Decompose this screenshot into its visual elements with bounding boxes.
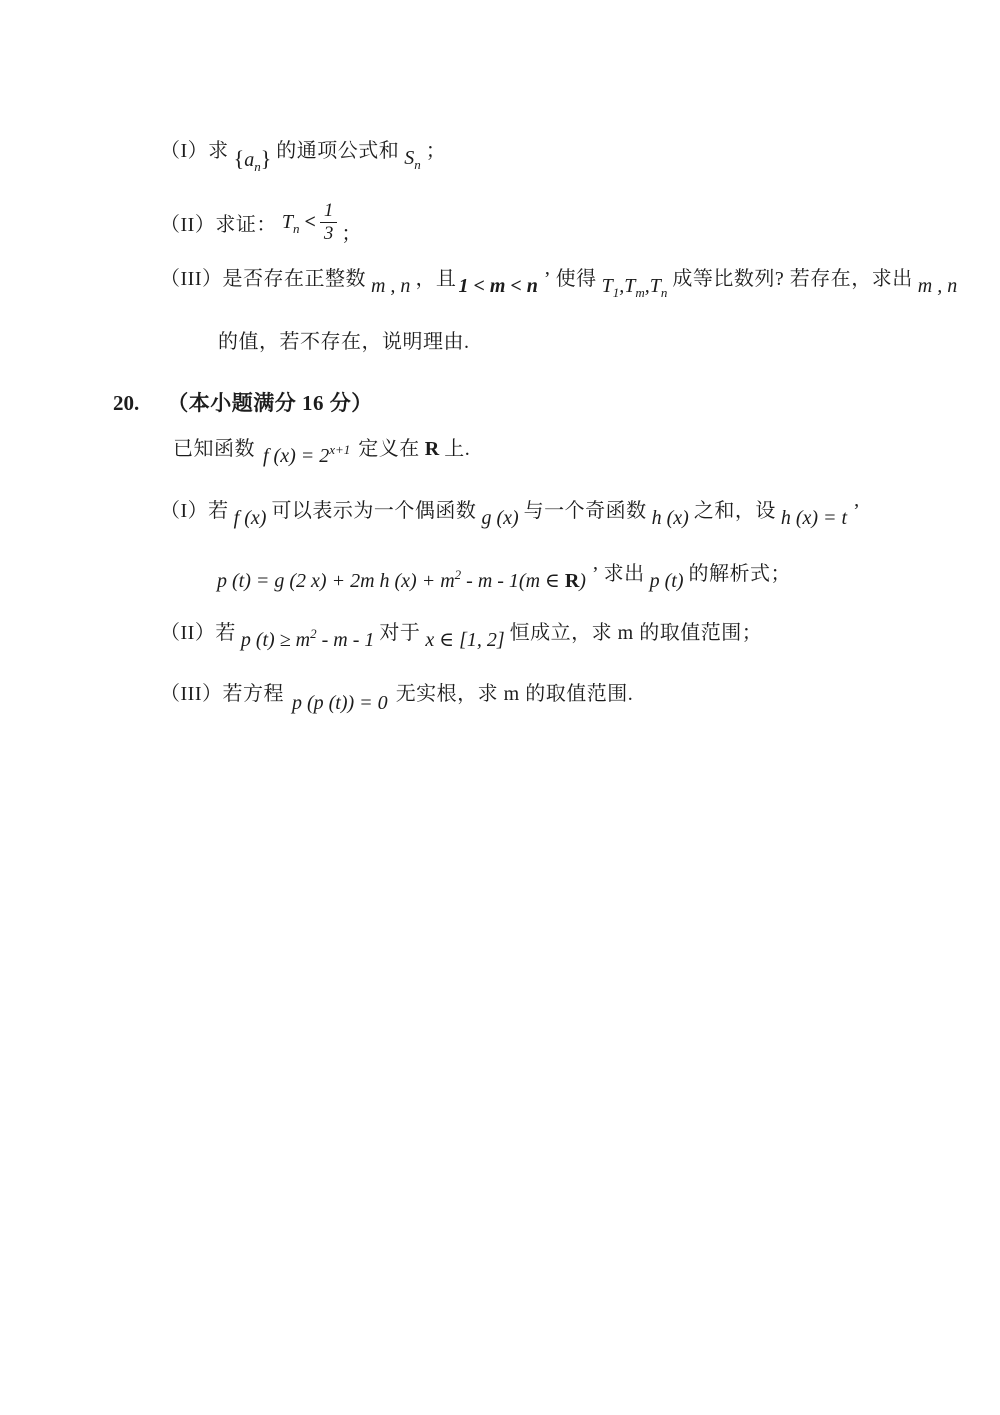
q20-title: （本小题满分 16 分）: [167, 387, 373, 417]
reals-symbol-2: R: [565, 570, 579, 592]
hxt-equation: h (x) = t: [781, 507, 847, 530]
close-paren: ): [579, 570, 586, 592]
sequence-notation: {an}: [234, 146, 272, 172]
fraction-denominator: 3: [320, 222, 338, 245]
exam-page: （I）求 {an} 的通项公式和 Sn ； （II）求证： Tn < 1 3 ；…: [0, 0, 1000, 1415]
reals-symbol: R: [425, 438, 439, 461]
q19-part3-text4: 成等比数列? 若存在，求出: [672, 262, 912, 291]
q20-eq-text2: 的解析式；: [689, 557, 792, 586]
pt-ineq-left: p (t) ≥ m: [241, 629, 310, 651]
seq-var: a: [244, 149, 254, 171]
less-than-sign: <: [304, 211, 315, 234]
q20-part2-text2: 对于: [379, 616, 420, 645]
T-sequence-notation: T1,Tm,Tn: [602, 275, 668, 298]
q20-intro-line: 已知函数 f (x) = 2x+1 定义在 R 上.: [173, 432, 470, 461]
q20-part2-line: （II）若 p (t) ≥ m2 - m - 1 对于 x ∈ [1, 2] 恒…: [160, 616, 762, 645]
q19-part1-label: （I）求: [160, 134, 229, 163]
q20-part3-line: （III）若方程 p (p (t)) = 0 无实根，求 m 的取值范围.: [160, 677, 633, 706]
Tm-var: T: [624, 275, 635, 297]
q19-part3-text2: ，且: [415, 262, 456, 291]
raised-comma-3: ’: [592, 563, 599, 586]
T-subscript: n: [293, 221, 300, 236]
q20-part2-text3: 恒成立，求 m 的取值范围；: [510, 616, 763, 645]
q19-part2-label: （II）求证：: [160, 208, 277, 237]
q20-eq-text1: 求出: [604, 557, 645, 586]
q20-part2-label: （II）若: [160, 616, 236, 645]
one-third-fraction: 1 3: [320, 200, 338, 245]
q20-part1-equation-line: p (t) = g (2 x) + 2m h (x) + m2 - m - 1(…: [217, 557, 791, 586]
q19-part2-line: （II）求证： Tn < 1 3 ；: [160, 194, 362, 250]
pt-notation: p (t): [650, 570, 684, 593]
fx-notation: f (x): [234, 507, 267, 530]
pt-ineq-exp: 2: [310, 626, 317, 641]
q19-part1-text: 的通项公式和: [276, 134, 399, 163]
fraction-numerator: 1: [324, 200, 334, 222]
fx-definition: f (x) = 2x+1: [263, 445, 350, 468]
q19-part1-line: （I）求 {an} 的通项公式和 Sn ；: [160, 134, 446, 163]
q20-part1-text4: 之和，设: [694, 494, 776, 523]
q20-part3-label: （III）若方程: [160, 677, 284, 706]
q20-header-line: 20. （本小题满分 16 分）: [113, 387, 373, 417]
pt-ineq-right: - m - 1: [317, 629, 375, 651]
right-brace: }: [261, 146, 272, 171]
Tn-notation: Tn: [282, 211, 300, 234]
raised-comma-2: ’: [853, 500, 860, 523]
q20-part1-line: （I）若 f (x) 可以表示为一个偶函数 g (x) 与一个奇函数 h (x)…: [160, 494, 860, 523]
pt-formula-left: p (t) = g (2 x) + 2m h (x) + m: [217, 570, 455, 592]
Tn-subscript: n: [661, 285, 668, 300]
gx-notation: g (x): [481, 507, 518, 530]
q19-part3-text3: 使得: [556, 262, 597, 291]
q20-part3-text2: 无实根，求 m 的取值范围.: [396, 677, 634, 706]
left-brace: {: [234, 146, 245, 171]
inequality-1mn: 1 < m < n: [458, 275, 537, 298]
pt-equation: p (t) = g (2 x) + 2m h (x) + m2 - m - 1(…: [217, 568, 586, 593]
Tm-subscript: m: [635, 285, 644, 300]
q20-part1-text3: 与一个奇函数: [524, 494, 647, 523]
seq-subscript: n: [254, 159, 261, 174]
pt-formula-right: - m - 1(m ∈: [461, 570, 565, 592]
fx-formula: f (x) = 2: [263, 445, 329, 467]
q19-part3-conclusion: 的值，若不存在，说明理由.: [218, 325, 470, 354]
T1-var: T: [602, 275, 613, 297]
x-interval: x ∈ [1, 2]: [425, 627, 504, 652]
raised-comma-1: ’: [544, 268, 551, 291]
q20-intro-text1: 已知函数: [173, 432, 255, 461]
q20-part1-label: （I）若: [160, 494, 229, 523]
ppt-equation: p (p (t)) = 0: [292, 692, 388, 715]
q20-part1-text2: 可以表示为一个偶函数: [271, 494, 476, 523]
q19-part3-line1: （III）是否存在正整数 m , n ，且 1 < m < n ’ 使得 T1,…: [160, 262, 962, 291]
q20-intro-text2: 定义在: [358, 432, 420, 461]
sum-subscript: n: [414, 157, 421, 172]
fx-exponent: x+1: [329, 442, 350, 457]
q20-intro-text3: 上.: [444, 432, 470, 461]
mn-vars-1: m , n: [371, 275, 410, 298]
q19-part2-punct: ；: [341, 217, 362, 246]
pt-inequality: p (t) ≥ m2 - m - 1: [241, 629, 375, 652]
sum-var: S: [404, 147, 414, 169]
q19-part3-line2: 的值，若不存在，说明理由.: [218, 325, 470, 354]
q19-part3-label: （III）是否存在正整数: [160, 262, 366, 291]
q19-part1-punct: ；: [426, 134, 447, 163]
hx-notation: h (x): [652, 507, 689, 530]
m-squared-exp: 2: [455, 567, 462, 582]
T-var: T: [282, 211, 293, 233]
sum-notation: Sn: [404, 147, 421, 170]
Tn-var: T: [650, 275, 661, 297]
q20-number: 20.: [113, 391, 139, 416]
mn-vars-2: m , n: [918, 275, 957, 298]
T1-subscript: 1: [613, 285, 620, 300]
